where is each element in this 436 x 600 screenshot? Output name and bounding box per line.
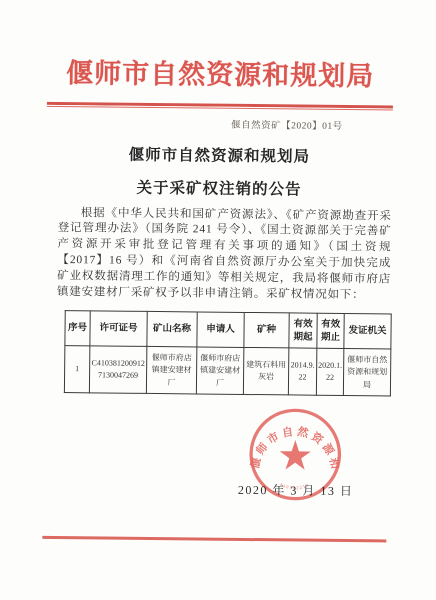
col-header-seq: 序号 bbox=[65, 311, 90, 346]
letterhead-divider-line bbox=[47, 102, 393, 110]
scanned-document-page: 偃师市自然资源和规划局 偃自然资矿【2020】01号 偃师市自然资源和规划局 关… bbox=[0, 0, 436, 600]
cell-valid-from: 2014.9.22 bbox=[288, 348, 316, 395]
col-header-mine-name: 矿山名称 bbox=[147, 312, 197, 348]
mining-rights-table: 序号 许可证号 矿山名称 申请人 矿种 有效期起 有效期止 发证机关 1 C41… bbox=[64, 310, 392, 396]
notice-title-line1: 偃师市自然资源和规划局 bbox=[46, 141, 392, 167]
cell-seq: 1 bbox=[64, 346, 89, 393]
cell-mine-name: 偃师市府店镇建安建材厂 bbox=[146, 347, 196, 395]
table-row: 1 C4103812009127130047269 偃师市府店镇建安建材厂 偃师… bbox=[64, 346, 390, 396]
cell-license-no: C4103812009127130047269 bbox=[89, 346, 146, 394]
col-header-issuer: 发证机关 bbox=[344, 314, 391, 349]
letterhead-agency-title: 偃师市自然资源和规划局 bbox=[47, 56, 393, 95]
seal-star-icon bbox=[280, 440, 311, 470]
seal-arc-text: 偃师市自然资源和规划局 bbox=[247, 406, 344, 473]
col-header-valid-to: 有效期止 bbox=[317, 314, 344, 349]
table-header-row: 序号 许可证号 矿山名称 申请人 矿种 有效期起 有效期止 发证机关 bbox=[65, 311, 391, 349]
col-header-license: 许可证号 bbox=[90, 311, 147, 347]
official-red-seal: 偃师市自然资源和规划局 4103822179 bbox=[247, 406, 344, 503]
notice-body-paragraph: 根据《中华人民共和国矿产资源法》、《矿产资源勘查开采登记管理办法》（国务院 24… bbox=[57, 206, 392, 304]
notice-title-line2: 关于采矿权注销的公告 bbox=[46, 174, 392, 200]
cell-applicant: 偃师市府店镇建安建材厂 bbox=[196, 347, 243, 394]
cell-mineral: 建筑石料用灰岩 bbox=[243, 348, 288, 395]
document-content: 偃师市自然资源和规划局 偃自然资矿【2020】01号 偃师市自然资源和规划局 关… bbox=[0, 0, 436, 397]
col-header-mineral: 矿种 bbox=[244, 313, 289, 348]
document-number: 偃自然资矿【2020】01号 bbox=[47, 114, 393, 132]
cell-issuer: 偃师市自然资源和规划局 bbox=[343, 349, 390, 396]
scan-tilt-wrapper: 偃师市自然资源和规划局 偃自然资矿【2020】01号 偃师市自然资源和规划局 关… bbox=[0, 0, 436, 600]
col-header-applicant: 申请人 bbox=[197, 312, 244, 347]
col-header-valid-from: 有效期起 bbox=[289, 313, 317, 348]
cell-valid-to: 2020.1.22 bbox=[316, 349, 343, 396]
footer-divider-line bbox=[42, 536, 386, 542]
